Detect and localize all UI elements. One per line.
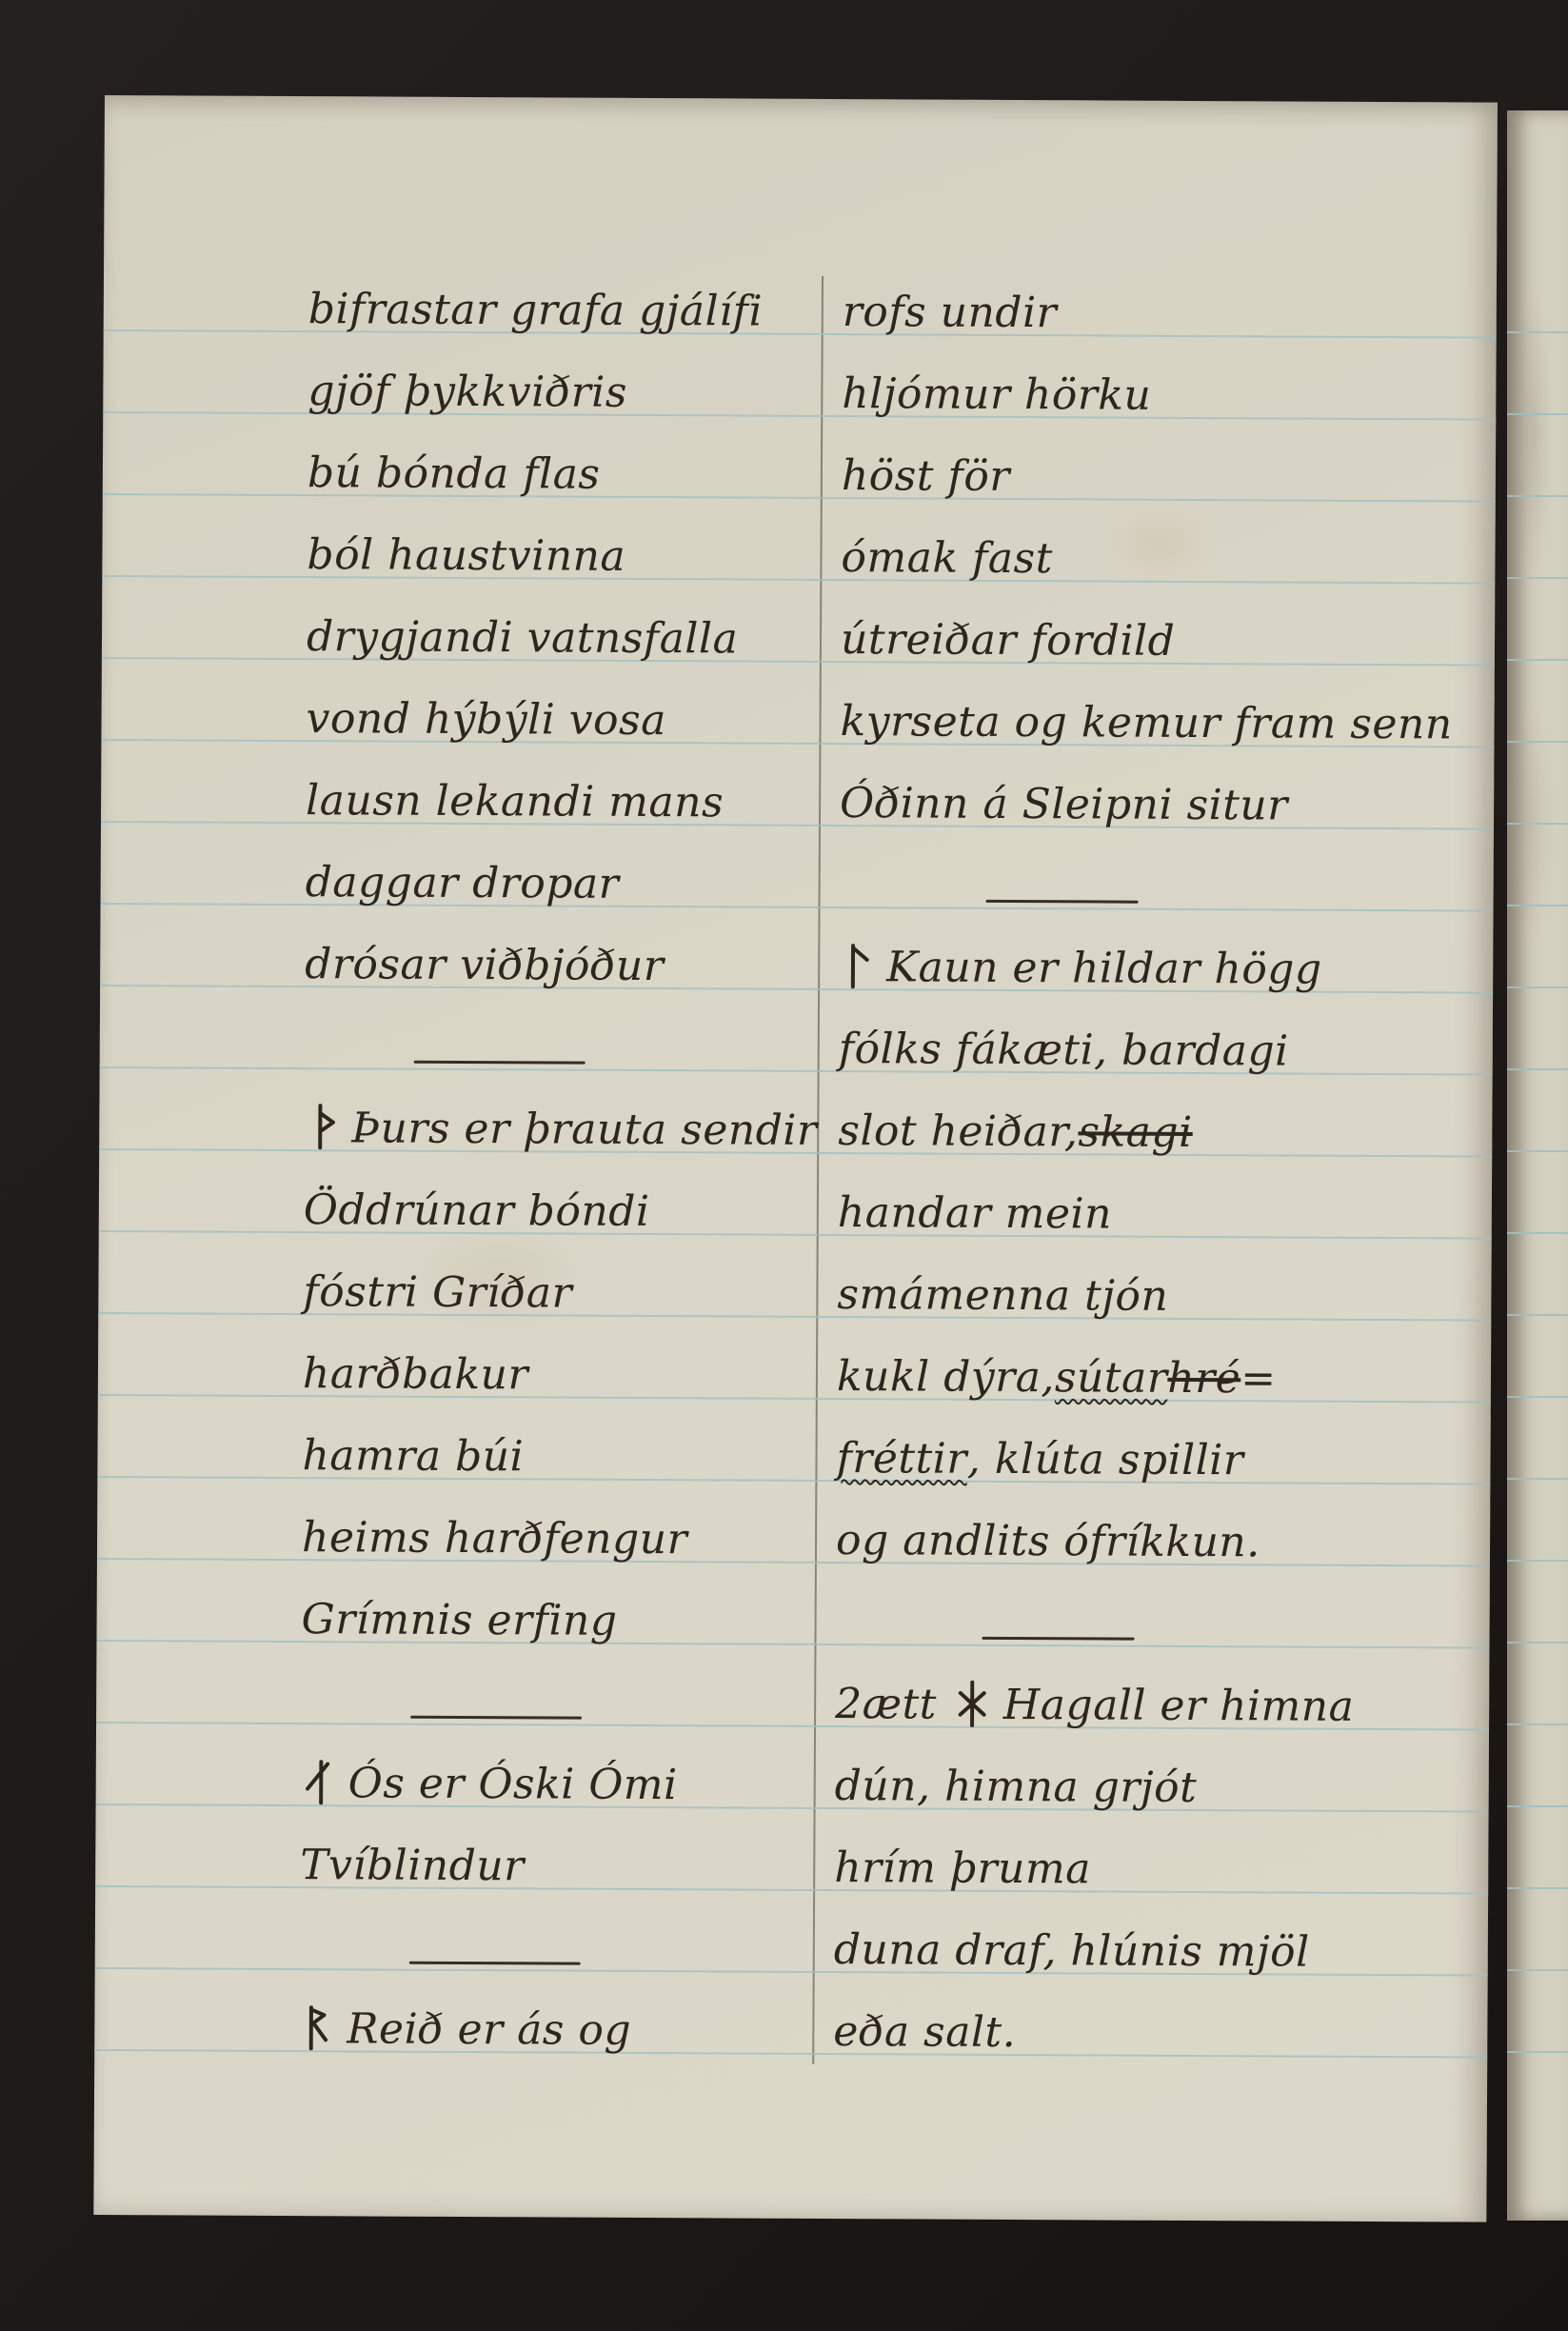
manuscript-line: lausn lekandi mans	[306, 772, 724, 831]
text-segment: kyrseta og kemur fram senn	[840, 693, 1452, 753]
text-segment: fólks fákæti, bardagi	[839, 1021, 1289, 1080]
ruled-line	[1507, 1232, 1568, 1234]
manuscript-line: Reið er ás og	[299, 2001, 631, 2060]
text-segment: Þurs er þrauta sendir	[351, 1100, 817, 1160]
text-segment: ómak fast	[841, 529, 1053, 588]
scanned-book-photo: bifrastar grafa gjálífigjöf þykkviðrisbú…	[0, 0, 1568, 2331]
text-segment: gjöf þykkviðris	[308, 363, 627, 422]
text-segment: Öddrúnar bóndi	[304, 1182, 650, 1241]
text-segment: sútar	[1055, 1349, 1168, 1407]
manuscript-line: smámenna tjón	[837, 1266, 1168, 1325]
manuscript-line: duna draf, hlúnis mjöl	[834, 1922, 1310, 1982]
text-segment: drósar viðbjóður	[305, 936, 664, 995]
manuscript-line: bifrastar grafa gjálífi	[308, 281, 764, 340]
manuscript-line: hljómur hörku	[842, 366, 1151, 425]
section-divider	[410, 1716, 582, 1720]
text-segment: bú bónda flas	[308, 445, 601, 504]
text-segment: rofs undir	[843, 284, 1058, 342]
text-segment: hré	[1167, 1350, 1241, 1407]
section-divider	[986, 900, 1139, 904]
text-segment: hrím þruma	[834, 1840, 1091, 1898]
reid-rune-icon	[299, 1999, 331, 2056]
text-segment: Ós er Óski Ómi	[348, 1755, 678, 1814]
ruled-line	[1507, 1560, 1568, 1562]
text-segment: skagi	[1078, 1104, 1193, 1162]
manuscript-line: hrím þruma	[834, 1840, 1091, 1898]
manuscript-line: ból haustvinna	[307, 527, 625, 586]
text-segment: og andlits ófríkkun.	[836, 1512, 1260, 1571]
manuscript-line: heims harðfengur	[302, 1509, 687, 1568]
ruled-line	[1507, 1805, 1568, 1807]
manuscript-line: Óðinn á Sleipni situr	[840, 775, 1288, 834]
ruled-line	[1507, 741, 1568, 743]
section-divider	[982, 1637, 1135, 1641]
ruled-line	[1507, 1478, 1568, 1480]
ruled-line	[1507, 1723, 1568, 1725]
ruled-line	[1507, 1969, 1568, 1971]
text-segment: kukl dýra,	[837, 1348, 1055, 1406]
text-segment: Reið er ás og	[347, 2001, 631, 2060]
manuscript-line: kyrseta og kemur fram senn	[840, 693, 1452, 753]
bleedthrough-smudge	[1515, 282, 1553, 587]
text-segment: =	[1241, 1350, 1277, 1407]
section-divider	[414, 1061, 586, 1065]
ruled-line	[1507, 331, 1568, 333]
manuscript-line: Öddrúnar bóndi	[304, 1182, 650, 1241]
section-divider	[409, 1962, 581, 1965]
manuscript-line: daggar dropar	[306, 854, 620, 913]
ruled-line	[1507, 2051, 1568, 2053]
text-segment: daggar dropar	[306, 854, 620, 913]
ruled-line	[1507, 1642, 1568, 1644]
ruled-line	[1507, 495, 1568, 497]
text-segment: Óðinn á Sleipni situr	[840, 775, 1288, 834]
ruled-line	[1507, 659, 1568, 661]
text-segment: Hagall er himna	[1003, 1677, 1355, 1736]
text-segment: eða salt.	[833, 2003, 1016, 2062]
manuscript-line: 2ættHagall er himna	[835, 1676, 1354, 1736]
thurs-rune-icon	[304, 1098, 336, 1155]
text-segment: hamra búi	[302, 1427, 524, 1485]
os-rune-icon	[301, 1753, 333, 1810]
manuscript-line: fólks fákæti, bardagi	[839, 1021, 1289, 1080]
manuscript-line: vond hýbýli vosa	[306, 690, 666, 749]
manuscript-line: kukl dýra, sútar hré=	[837, 1348, 1277, 1407]
text-segment: ból haustvinna	[307, 527, 625, 586]
manuscript-line: gjöf þykkviðris	[308, 363, 627, 422]
ruled-line	[1507, 577, 1568, 579]
manuscript-line: eða salt.	[833, 2003, 1016, 2062]
manuscript-line: handar mein	[838, 1185, 1112, 1244]
bleedthrough-smudge	[1511, 701, 1555, 948]
text-segment: lausn lekandi mans	[306, 772, 724, 831]
manuscript-line: dún, himna grjót	[835, 1758, 1198, 1817]
manuscript-line: og andlits ófríkkun.	[836, 1512, 1260, 1571]
manuscript-page: bifrastar grafa gjálífigjöf þykkviðrisbú…	[93, 95, 1498, 2222]
manuscript-line: Ós er Óski Ómi	[301, 1755, 678, 1814]
manuscript-line: rofs undir	[843, 284, 1058, 342]
text-segment: vond hýbýli vosa	[306, 690, 666, 749]
manuscript-line: útreiðar fordild	[841, 611, 1176, 670]
manuscript-line: harðbakur	[303, 1345, 528, 1404]
text-segment: höst för	[842, 448, 1010, 506]
manuscript-line: Þurs er þrauta sendir	[304, 1100, 817, 1160]
manuscript-line: Kaun er hildar högg	[839, 939, 1322, 999]
manuscript-line: höst för	[842, 448, 1010, 506]
text-segment: duna draf, hlúnis mjöl	[834, 1922, 1310, 1982]
text-segment: harðbakur	[303, 1345, 528, 1404]
manuscript-line: fóstri Gríðar	[303, 1264, 572, 1322]
text-segment: heims harðfengur	[302, 1509, 687, 1568]
text-segment: Grímnis erfing	[301, 1591, 617, 1650]
ruled-line	[1507, 1068, 1568, 1070]
text-segment: Tvíblindur	[300, 1837, 525, 1895]
ruled-line	[1507, 413, 1568, 415]
ruled-line	[1507, 1150, 1568, 1152]
text-segment: dún, himna grjót	[835, 1758, 1198, 1817]
text-segment: útreiðar fordild	[841, 611, 1176, 670]
manuscript-line: ómak fast	[841, 529, 1053, 588]
kaun-rune-icon	[839, 937, 871, 994]
paper-stain	[1102, 500, 1216, 587]
column-divider-line	[812, 276, 824, 2064]
text-segment: Kaun er hildar högg	[886, 939, 1322, 998]
text-segment: hljómur hörku	[842, 366, 1151, 425]
aett-label: 2ætt	[835, 1676, 937, 1734]
text-segment: bifrastar grafa gjálífi	[308, 281, 764, 340]
manuscript-line: drygjandi vatnsfalla	[307, 608, 739, 667]
manuscript-line: drósar viðbjóður	[305, 936, 664, 995]
text-segment: fréttir	[836, 1430, 967, 1488]
text-segment: smámenna tjón	[837, 1266, 1168, 1325]
ruled-line	[1507, 986, 1568, 988]
text-segment: drygjandi vatnsfalla	[307, 608, 739, 667]
manuscript-line: hamra búi	[302, 1427, 524, 1485]
ruled-line	[1507, 1396, 1568, 1398]
ruled-line	[1507, 1887, 1568, 1889]
manuscript-line: slot heiðar, skagi	[838, 1103, 1193, 1162]
text-segment: handar mein	[838, 1185, 1112, 1244]
ruled-line	[1507, 823, 1568, 825]
manuscript-line: Tvíblindur	[300, 1837, 525, 1895]
text-segment: slot heiðar,	[838, 1103, 1078, 1161]
manuscript-line: bú bónda flas	[308, 445, 601, 504]
text-segment: fóstri Gríðar	[303, 1264, 572, 1322]
ruled-line	[1507, 905, 1568, 906]
hagall-rune-icon	[956, 1675, 988, 1732]
manuscript-line: Grímnis erfing	[301, 1591, 617, 1650]
manuscript-line: fréttir, klúta spillir	[836, 1430, 1243, 1489]
text-segment: , klúta spillir	[967, 1431, 1244, 1490]
ruled-line	[1507, 1314, 1568, 1316]
next-page-edge	[1507, 110, 1568, 2221]
